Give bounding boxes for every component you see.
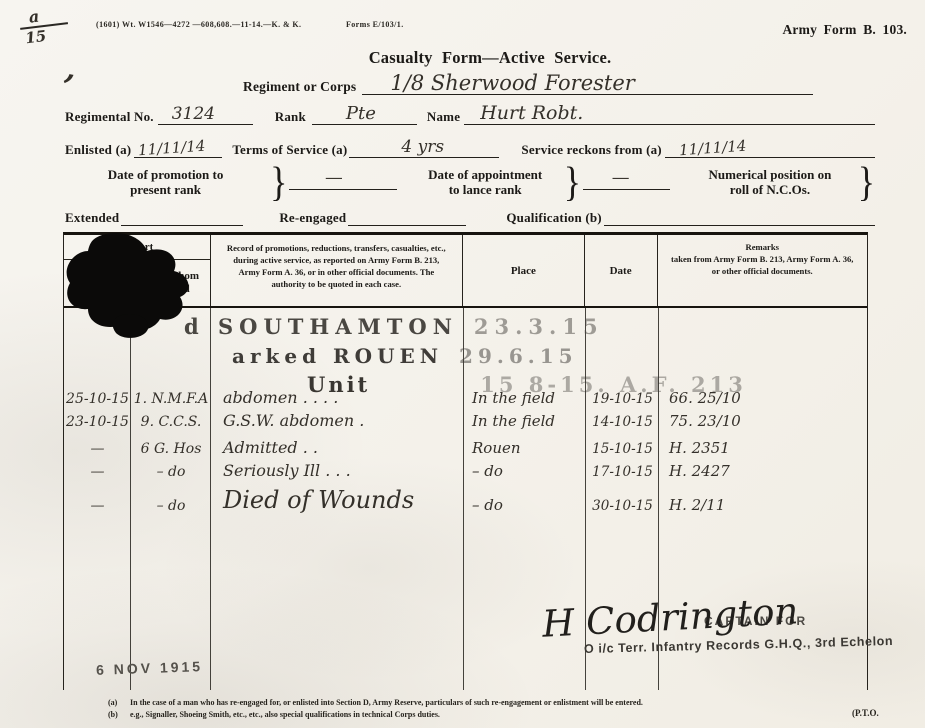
regiment-value: 1/8 Sherwood Forester (390, 71, 634, 95)
promotion-label-line2: present rank (65, 182, 266, 197)
reckons-line: 11/11/14 (665, 137, 875, 158)
ink-blot (64, 231, 246, 339)
header-remarks-label: Remarks taken from Army Form B. 213, Arm… (658, 235, 868, 306)
pto-note: (P.T.O. (852, 707, 879, 720)
appointment-label-line1: Date of appointment (411, 167, 560, 182)
header-remarks-title: Remarks (668, 241, 858, 253)
appointment-brace: } (564, 166, 581, 199)
qualification-label: Qualification (b) (506, 210, 602, 226)
cell-from-whom: – do (131, 498, 211, 514)
rank-line: Pte (312, 104, 417, 125)
name-line: Hurt Robt. (464, 104, 875, 125)
numerical-label: Numerical position on roll of N.C.Os. (686, 167, 854, 198)
footnote-a-tag: (a) (108, 697, 130, 709)
cell-date: 30-10-15 (586, 498, 659, 514)
casualty-form-document: a 15 (1601) Wt. W1546—4272 —608,608.—11-… (0, 0, 925, 728)
cell-remarks: H. 2/11 (659, 496, 869, 514)
cell-record: Seriously Ill . . . (211, 461, 464, 480)
cell-remarks: 66. 25/10 (659, 389, 869, 407)
cell-place: In the field (464, 389, 586, 407)
extended-label: Extended (65, 210, 119, 226)
cell-remarks: H. 2427 (659, 462, 869, 480)
footnote-b-tag: (b) (108, 709, 130, 721)
form-number: Army Form B. 103. (782, 22, 907, 38)
cell-report-date: — (64, 464, 131, 480)
appointment-line: — (583, 175, 670, 190)
cell-report-date: 25-10-15 (64, 391, 131, 407)
cell-record: G.S.W. abdomen . (211, 411, 464, 430)
rank-value: Pte (346, 103, 376, 124)
regimental-no-value: 3124 (172, 104, 215, 124)
cell-report-date: 23-10-15 (64, 414, 131, 430)
regimental-no-label: Regimental No. (65, 109, 154, 125)
terms-value: 4 yrs (401, 137, 444, 157)
enlisted-value: 11/11/14 (138, 137, 206, 160)
cell-date: 19-10-15 (586, 391, 659, 407)
header-remarks-rest: taken from Army Form B. 213, Army Form A… (668, 253, 858, 277)
cell-place: – do (464, 462, 586, 480)
header-place-label: Place (463, 235, 585, 306)
enlisted-label: Enlisted (a) (65, 142, 131, 158)
terms-line: 4 yrs (349, 137, 499, 158)
cell-from-whom: 9. C.C.S. (131, 414, 211, 430)
cell-place: – do (464, 496, 586, 514)
print-code: (1601) Wt. W1546—4272 —608,608.—11-14.—K… (96, 20, 301, 29)
appointment-label: Date of appointment to lance rank (411, 167, 560, 198)
cell-remarks: 75. 23/10 (659, 412, 869, 430)
name-label: Name (427, 109, 460, 125)
forms-code: Forms E/103/1. (346, 20, 404, 29)
reengaged-line (348, 205, 466, 226)
table-row: — – do Seriously Ill . . . – do 17-10-15… (64, 461, 869, 480)
promotion-line: — (289, 175, 396, 190)
cell-from-whom: 1. N.M.F.A (131, 391, 211, 407)
cell-date: 14-10-15 (586, 414, 659, 430)
cell-place: In the field (464, 412, 586, 430)
footnote-b-text: e.g., Signaller, Shoeing Smith, etc., et… (130, 709, 440, 721)
reckons-label: Service reckons from (a) (521, 142, 661, 158)
numerical-label-line2: roll of N.C.Os. (686, 182, 854, 197)
embarkation-stamp: d SOUTHAMTON23.3.15 (184, 314, 604, 339)
cell-from-whom: 6 G. Hos (131, 441, 211, 457)
cell-record: Admitted . . (211, 438, 464, 457)
header-date-label: Date (585, 235, 658, 306)
disembarkation-stamp: arked ROUEN29.6.15 (232, 344, 578, 368)
cell-remarks: H. 2351 (659, 439, 869, 457)
date-received-stamp: 6 NOV 1915 (96, 658, 204, 678)
numerical-label-line1: Numerical position on (686, 167, 854, 182)
qualification-line (604, 205, 875, 226)
cell-date: 15-10-15 (586, 441, 659, 457)
cell-from-whom: – do (131, 464, 211, 480)
cell-report-date: — (64, 441, 131, 457)
appointment-label-line2: to lance rank (411, 182, 560, 197)
cell-record: Died of Wounds (211, 486, 464, 514)
cell-record: abdomen . . . . (211, 388, 464, 407)
extended-line (121, 205, 243, 226)
table-row: — 6 G. Hos Admitted . . Rouen 15-10-15 H… (64, 438, 869, 457)
table-row: 23-10-15 9. C.C.S. G.S.W. abdomen . In t… (64, 411, 869, 430)
footnotes: (a) In the case of a man who has re-enga… (108, 697, 888, 720)
promotion-label-line1: Date of promotion to (65, 167, 266, 182)
cell-place: Rouen (464, 439, 586, 457)
promotion-label: Date of promotion to present rank (65, 167, 266, 198)
promotion-dash: — (326, 169, 341, 187)
terms-label: Terms of Service (a) (232, 142, 347, 158)
regiment-label: Regiment or Corps (243, 79, 356, 95)
header-record-label: Record of promotions, reductions, transf… (211, 235, 463, 306)
form-title: Casualty Form—Active Service. (60, 48, 920, 68)
appointment-dash: — (613, 169, 628, 187)
disembarkation-stamp-text: arked ROUEN (232, 344, 443, 368)
table-row: — – do Died of Wounds – do 30-10-15 H. 2… (64, 486, 869, 514)
cell-report-date: — (64, 498, 131, 514)
reengaged-label: Re-engaged (279, 210, 346, 226)
cell-date: 17-10-15 (586, 464, 659, 480)
regiment-line: 1/8 Sherwood Forester (362, 74, 813, 95)
table-row: 25-10-15 1. N.M.F.A abdomen . . . . In t… (64, 388, 869, 407)
table-body: d SOUTHAMTON23.3.15 arked ROUEN29.6.15 U… (64, 308, 867, 690)
handwritten-fraction: a 15 (18, 3, 70, 48)
footnote-a-text: In the case of a man who has re-engaged … (130, 697, 643, 709)
rank-label: Rank (275, 109, 306, 125)
enlisted-line: 11/11/14 (134, 137, 222, 158)
name-value: Hurt Robt. (480, 102, 583, 124)
embarkation-stamp-date: 23.3.15 (474, 314, 604, 339)
regimental-no-line: 3124 (158, 104, 253, 125)
disembarkation-stamp-date: 29.6.15 (459, 344, 578, 368)
promotion-brace: } (270, 166, 287, 199)
numerical-brace: } (858, 166, 875, 199)
reckons-value: 11/11/14 (678, 137, 746, 160)
